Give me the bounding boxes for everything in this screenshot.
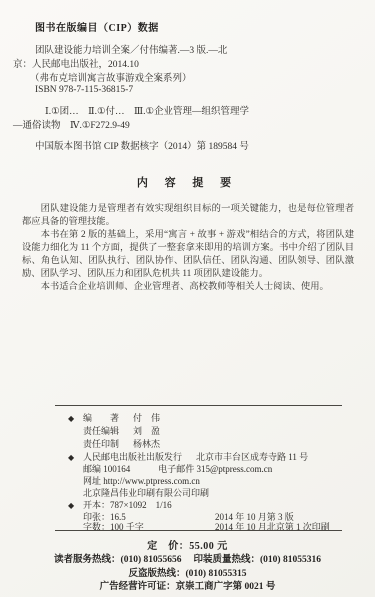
website: 网址 http://www.ptpress.com.cn: [83, 476, 200, 486]
divider-top: [55, 405, 342, 406]
words-impression-row: ◆字数：100 千字2014 年 10 月北京第 1 次印刷: [68, 520, 358, 533]
editor-label: 责任编辑: [83, 426, 119, 436]
isbn-number: ISBN 978-7-115-36815-7: [35, 85, 133, 95]
cip-classification-line2: —通俗读物 Ⅳ.①F272.9-49: [13, 117, 130, 131]
price-line: 定 价：55.00 元: [0, 537, 375, 552]
editor-row: ◆责任编辑刘 盈: [68, 424, 358, 437]
diamond-bullet-icon: ◆: [68, 453, 83, 462]
print-editor-value: 杨林杰: [133, 439, 160, 449]
cip-book-entry-line1: 团队建设能力培训全案／付伟编著.—3 版.—北: [35, 42, 227, 56]
publisher-name: 人民邮电出版社出版发行: [83, 452, 182, 462]
cip-book-entry-line2: 京：人民邮电出版社，2014.10: [13, 56, 139, 70]
quality-hotline: 印装质量热线：(010) 81055316: [194, 555, 321, 565]
email: 电子邮件 315@ptpress.com.cn: [158, 464, 272, 474]
cip-classification-line1: Ⅰ.①团… Ⅱ.①付… Ⅲ.①企业管理—组织管理学: [45, 103, 249, 117]
author-value: 付 伟: [133, 413, 160, 423]
print-editor-row: ◆责任印制杨林杰: [68, 437, 358, 450]
antipiracy-hotline: 反盗版热线：(010) 81055315: [0, 565, 375, 579]
divider-bottom: [55, 530, 342, 531]
summary-paragraph-2: 本书在第 2 版的基础上，采用“寓言 + 故事 + 游戏”相结合的方式，将团队建…: [22, 229, 354, 281]
ad-license: 广告经营许可证：京崇工商广字第 0021 号: [0, 578, 375, 592]
copyright-page: 图书在版编目（CIP）数据 团队建设能力培训全案／付伟编著.—3 版.—北 京：…: [0, 0, 375, 597]
publisher-address: 北京市丰台区成寿寺路 11 号: [196, 452, 308, 462]
diamond-bullet-icon: ◆: [68, 414, 83, 423]
cip-heading: 图书在版编目（CIP）数据: [35, 19, 159, 34]
service-hotline: 读者服务热线：(010) 81055656: [54, 555, 181, 565]
postcode: 邮编 100164: [83, 464, 130, 474]
summary-heading: 内 容 提 要: [0, 174, 375, 190]
impression-value: 2014 年 10 月北京第 1 次印刷: [215, 520, 330, 533]
cip-record-number: 中国版本图书馆 CIP 数据核字（2014）第 189584 号: [35, 138, 249, 152]
author-label: 编 著: [83, 413, 119, 423]
hotlines-line: 读者服务热线：(010) 81055656印装质量热线：(010) 810553…: [0, 551, 375, 565]
author-row: ◆编 著付 伟: [68, 411, 358, 424]
diamond-bullet-icon: ◆: [68, 501, 83, 510]
print-editor-label: 责任印制: [83, 439, 119, 449]
cip-series-note: （弗布克培训寓言故事游戏全案系列）: [30, 70, 192, 84]
printer-name: 北京隆昌伟业印刷有限公司印刷: [83, 488, 209, 498]
summary-body: 团队建设能力是管理者有效实现组织目标的一项关键能力，也是每位管理者都应具备的管理…: [22, 203, 354, 294]
summary-paragraph-3: 本书适合企业培训师、企业管理者、高校教师等相关人士阅读、使用。: [22, 281, 354, 294]
format-value: 开本：787×1092 1/16: [83, 500, 172, 510]
editor-value: 刘 盈: [133, 426, 160, 436]
summary-paragraph-1: 团队建设能力是管理者有效实现组织目标的一项关键能力，也是每位管理者都应具备的管理…: [22, 203, 354, 229]
